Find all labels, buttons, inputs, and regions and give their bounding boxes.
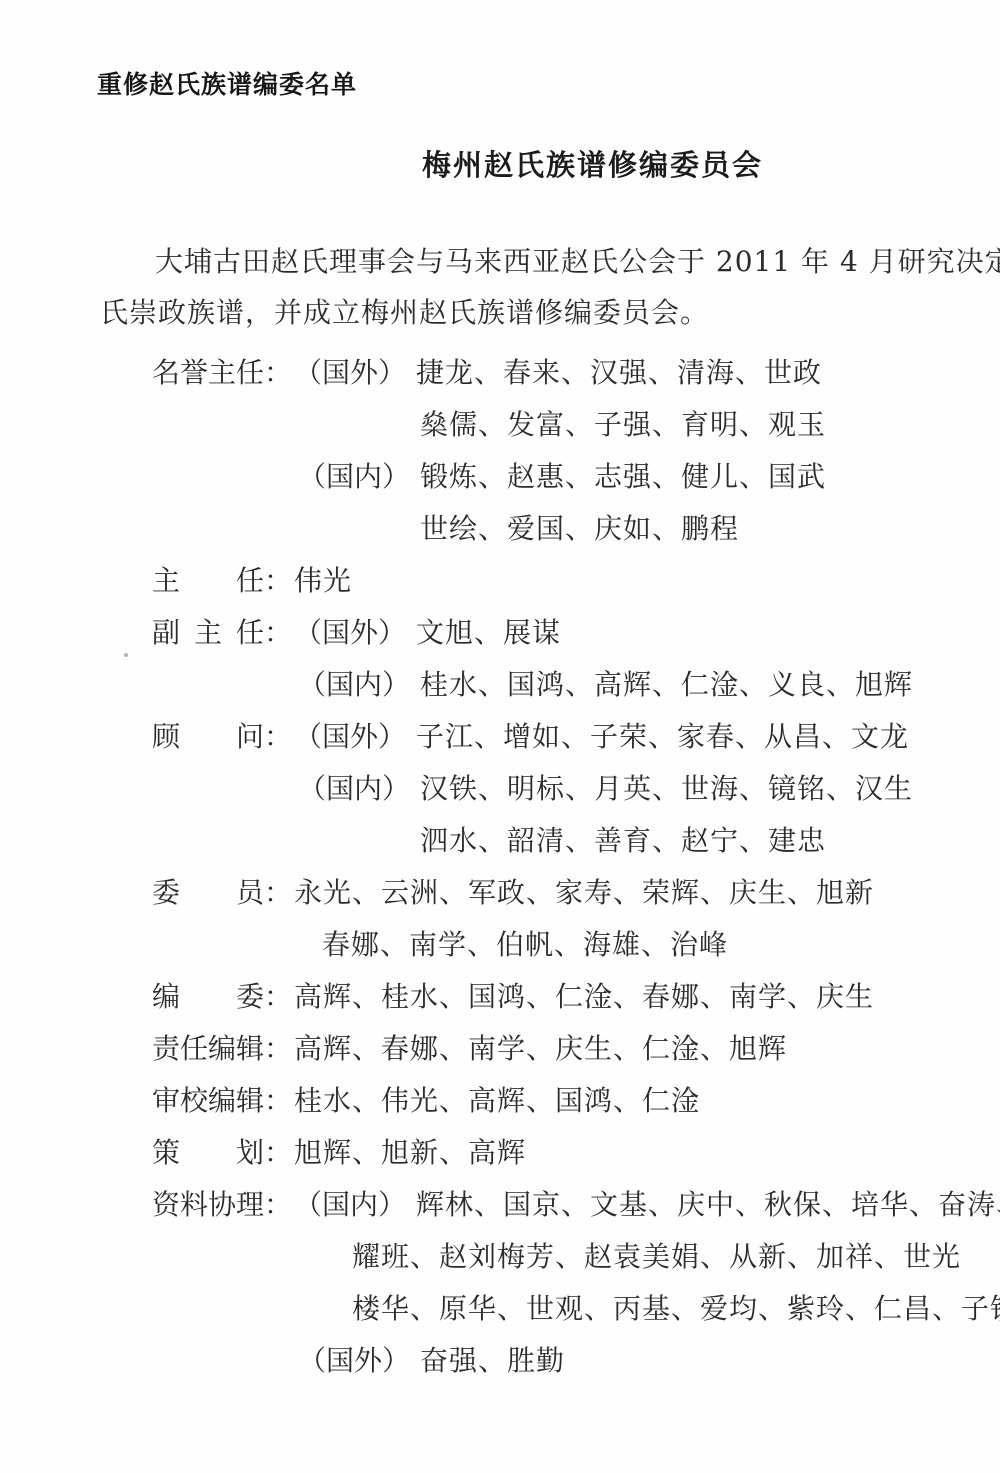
role-label: 主任 [152,555,264,607]
roster-row: 泗水、韶清、善育、赵宁、建忠 [152,815,975,867]
roster-row: 燊儒、发富、子强、育明、观玉 [152,399,975,451]
names-text: 高辉、春娜、南学、庆生、仁淦、旭辉 [294,1032,787,1065]
role-label: 名誉主任 [152,347,264,399]
names-text: 捷龙、春来、汉强、清海、世政 [416,356,822,389]
roster-row: （国外）奋强、胜勤 [152,1335,975,1387]
roster-row: 顾问：（国外）子江、增如、子荣、家春、从昌、文龙 [152,711,975,763]
role-label: 资料协理 [152,1179,264,1231]
role-colon: ： [264,711,294,763]
group-tag: （国内） [298,668,410,701]
names-text: 子江、增如、子荣、家春、从昌、文龙 [416,720,909,753]
names-text: 高辉、桂水、国鸿、仁淦、春娜、南学、庆生 [294,980,874,1013]
roster-row: 名誉主任：（国外）捷龙、春来、汉强、清海、世政 [152,347,975,399]
names-text: 伟光 [294,564,352,597]
role-colon: ： [264,1127,294,1179]
group-tag: （国内） [298,772,410,805]
indent-spacer [152,1386,298,1387]
roster-row: （国内）桂水、国鸿、高辉、仁淦、义良、旭辉 [152,659,975,711]
role-colon: ： [264,1179,294,1231]
names-text: 文旭、展谋 [416,616,561,649]
roster-row: 审校编辑：桂水、伟光、高辉、国鸿、仁淦 [152,1075,975,1127]
roster-row: 世绘、爱国、庆如、鹏程 [152,503,975,555]
doc-title: 梅州赵氏族谱修编委员会 [100,148,975,182]
names-text: 辉林、国京、文基、庆中、秋保、培华、奋涛、东刚 [416,1188,1000,1221]
group-tag: （国内） [298,460,410,493]
role-label: 副主任 [152,607,264,659]
names-text: 锻炼、赵惠、志强、健儿、国武 [420,460,826,493]
roster-row: 责任编辑：高辉、春娜、南学、庆生、仁淦、旭辉 [152,1023,975,1075]
roster-row: 春娜、南学、伯帆、海雄、治峰 [152,919,975,971]
roster: 名誉主任：（国外）捷龙、春来、汉强、清海、世政燊儒、发富、子强、育明、观玉（国内… [100,347,975,1387]
names-text: 楼华、原华、世观、丙基、爱均、紫玲、仁昌、子钦 [352,1292,1000,1325]
role-label: 责任编辑 [152,1023,264,1075]
names-text: 燊儒、发富、子强、育明、观玉 [420,408,826,441]
roster-row: （国内）汉铁、明标、月英、世海、镜铭、汉生 [152,763,975,815]
names-text: 桂水、国鸿、高辉、仁淦、义良、旭辉 [420,668,913,701]
names-text: 桂水、伟光、高辉、国鸿、仁淦 [294,1084,700,1117]
role-colon: ： [264,607,294,659]
roster-row: 主任：伟光 [152,555,975,607]
roster-row: 副主任：（国外）文旭、展谋 [152,607,975,659]
roster-row: 资料协理：（国内）辉林、国京、文基、庆中、秋保、培华、奋涛、东刚 [152,1179,975,1231]
role-label: 策划 [152,1127,264,1179]
page-header: 重修赵氏族谱编委名单 [97,70,975,100]
group-tag: （国外） [294,356,406,389]
role-label: 委员 [152,867,264,919]
role-label: 编委 [152,971,264,1023]
names-text: 永光、云洲、军政、家寿、荣辉、庆生、旭新 [294,876,874,909]
roster-row: 耀班、赵刘梅芳、赵袁美娟、从新、加祥、世光 [152,1231,975,1283]
names-text: 春娜、南学、伯帆、海雄、治峰 [322,928,728,961]
names-text: 旭辉、旭新、高辉 [294,1136,526,1169]
paragraph-line-2: 氏崇政族谱，并成立梅州赵氏族谱修编委员会。 [100,287,975,338]
role-label: 审校编辑 [152,1075,264,1127]
names-text: 奋强、胜勤 [420,1344,565,1377]
group-tag: （国外） [294,616,406,649]
role-colon: ： [264,971,294,1023]
role-colon: ： [264,347,294,399]
roster-row: 楼华、原华、世观、丙基、爱均、紫玲、仁昌、子钦 [152,1283,975,1335]
group-tag: （国内） [294,1188,406,1221]
roster-row: 策划：旭辉、旭新、高辉 [152,1127,975,1179]
group-tag: （国外） [294,720,406,753]
roster-row: （国内）锻炼、赵惠、志强、健儿、国武 [152,451,975,503]
intro-paragraph: 大埔古田赵氏理事会与马来西亚赵氏公会于 2011 年 4 月研究决定重修赵 氏崇… [100,236,975,338]
names-text: 耀班、赵刘梅芳、赵袁美娟、从新、加祥、世光 [352,1240,961,1273]
role-label: 顾问 [152,711,264,763]
role-colon: ： [264,555,294,607]
paragraph-line-1: 大埔古田赵氏理事会与马来西亚赵氏公会于 2011 年 4 月研究决定重修赵 [100,236,975,287]
document-page: 重修赵氏族谱编委名单 梅州赵氏族谱修编委员会 大埔古田赵氏理事会与马来西亚赵氏公… [0,0,1000,1474]
names-text: 泗水、韶清、善育、赵宁、建忠 [420,824,826,857]
group-tag: （国外） [298,1344,410,1377]
names-text: 汉铁、明标、月英、世海、镜铭、汉生 [420,772,913,805]
role-colon: ： [264,867,294,919]
roster-row: 委员：永光、云洲、军政、家寿、荣辉、庆生、旭新 [152,867,975,919]
role-colon: ： [264,1075,294,1127]
role-colon: ： [264,1023,294,1075]
names-text: 世绘、爱国、庆如、鹏程 [420,512,739,545]
scan-artifact-dot [124,653,128,657]
roster-row: 编委：高辉、桂水、国鸿、仁淦、春娜、南学、庆生 [152,971,975,1023]
